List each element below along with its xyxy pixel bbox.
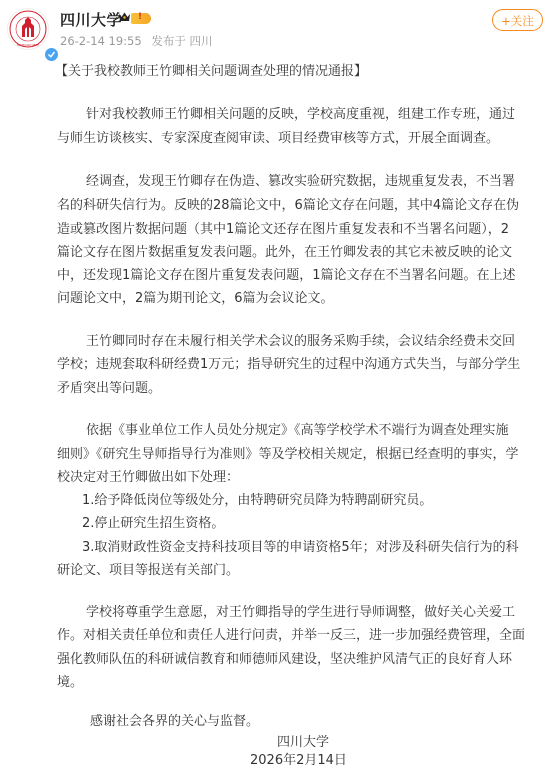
paragraph-line: 细则》《研究生导师指导行为准则》等及学校相关规定，根据已经查明的事实，学 (57, 446, 519, 464)
paragraph-line: 学校；违规套取科研经费1万元；指导研究生的过程中沟通方式失当，与部分学生 (57, 356, 520, 374)
sichuan-university-logo-icon: SICHUAN UNIV (8, 9, 48, 49)
signature-org: 四川大学 (277, 734, 329, 752)
list-item-cont: 研论文、项目等报送有关部门。 (57, 562, 239, 580)
svg-text:SICHUAN UNIV: SICHUAN UNIV (17, 43, 40, 47)
post-header: SICHUAN UNIV 四川大学 ! 26-2-14 19:55 发布于 四川… (0, 0, 551, 56)
paragraph-line: 作。对相关责任单位和责任人进行问责，并举一反三，进一步加强经费管理，全面 (57, 627, 525, 645)
paragraph-line: 校决定对王竹卿做出如下处理： (57, 469, 239, 487)
paragraph-line: 篇论文存在图片数据重复发表问题。此外，在王竹卿发表的其它未被反映的论文 (57, 244, 512, 262)
paragraph-line: 问题论文中，2篇为期刊论文，6篇为会议论文。 (57, 290, 334, 308)
paragraph-line: 依据《事业单位工作人员处分规定》《高等学校学术不端行为调查处理实施 (86, 422, 509, 440)
paragraph-line: 名的科研失信行为。反映的28篇论文中，6篇论文存在问题，其中4篇论文存在伪 (57, 197, 519, 215)
verified-badge (44, 47, 59, 62)
post-meta: 26-2-14 19:55 发布于 四川 (60, 33, 213, 49)
post-title: 【关于我校教师王竹卿相关问题调查处理的情况通报】 (55, 63, 367, 81)
paragraph-line: 感谢社会各界的关心与监督。 (90, 713, 259, 731)
avatar[interactable]: SICHUAN UNIV (7, 8, 49, 50)
paragraph-line: 境。 (57, 674, 83, 692)
paragraph-line: 强化教师队伍的科研诚信教育和师德师风建设，坚决维护风清气正的良好育人环 (57, 651, 512, 669)
verified-check-icon (47, 50, 56, 59)
paragraph-line: 造或篡改图片数据问题（其中1篇论文还存在图片重复发表和不当署名问题），2 (57, 221, 509, 239)
timestamp[interactable]: 26-2-14 19:55 (60, 34, 142, 48)
follow-button[interactable]: +关注 (492, 9, 543, 31)
vip-level: ! (138, 12, 142, 22)
crown-icon (118, 11, 131, 23)
account-name[interactable]: 四川大学 (60, 9, 122, 30)
paragraph-line: 经调查，发现王竹卿存在伪造、篡改实验研究数据，违规重复发表，不当署 (86, 173, 515, 191)
paragraph-line: 矛盾突出等问题。 (57, 380, 161, 398)
paragraph-line: 针对我校教师王竹卿相关问题的反映，学校高度重视，组建工作专班，通过 (86, 106, 515, 124)
paragraph-line: 中，还发现1篇论文存在图片重复发表问题，1篇论文存在不当署名问题。在上述 (57, 267, 516, 285)
list-item: 1.给予降低岗位等级处分，由特聘研究员降为特聘副研究员。 (82, 492, 432, 510)
published-from: 发布于 四川 (151, 34, 212, 48)
list-item: 2.停止研究生招生资格。 (82, 515, 224, 533)
paragraph-line: 王竹卿同时存在未履行相关学术会议的服务采购手续，会议结余经费未交回 (86, 333, 515, 351)
signature-date: 2026年2月14日 (250, 752, 347, 768)
list-item: 3.取消财政性资金支持科技项目等的申请资格5年；对涉及科研失信行为的科 (82, 539, 519, 557)
paragraph-line: 学校将尊重学生意愿，对王竹卿指导的学生进行导师调整，做好关心关爱工 (86, 604, 515, 622)
paragraph-line: 与师生访谈核实、专家深度查阅审读、项目经费审核等方式，开展全面调查。 (57, 130, 499, 148)
vip-badge[interactable]: ! (131, 13, 151, 24)
